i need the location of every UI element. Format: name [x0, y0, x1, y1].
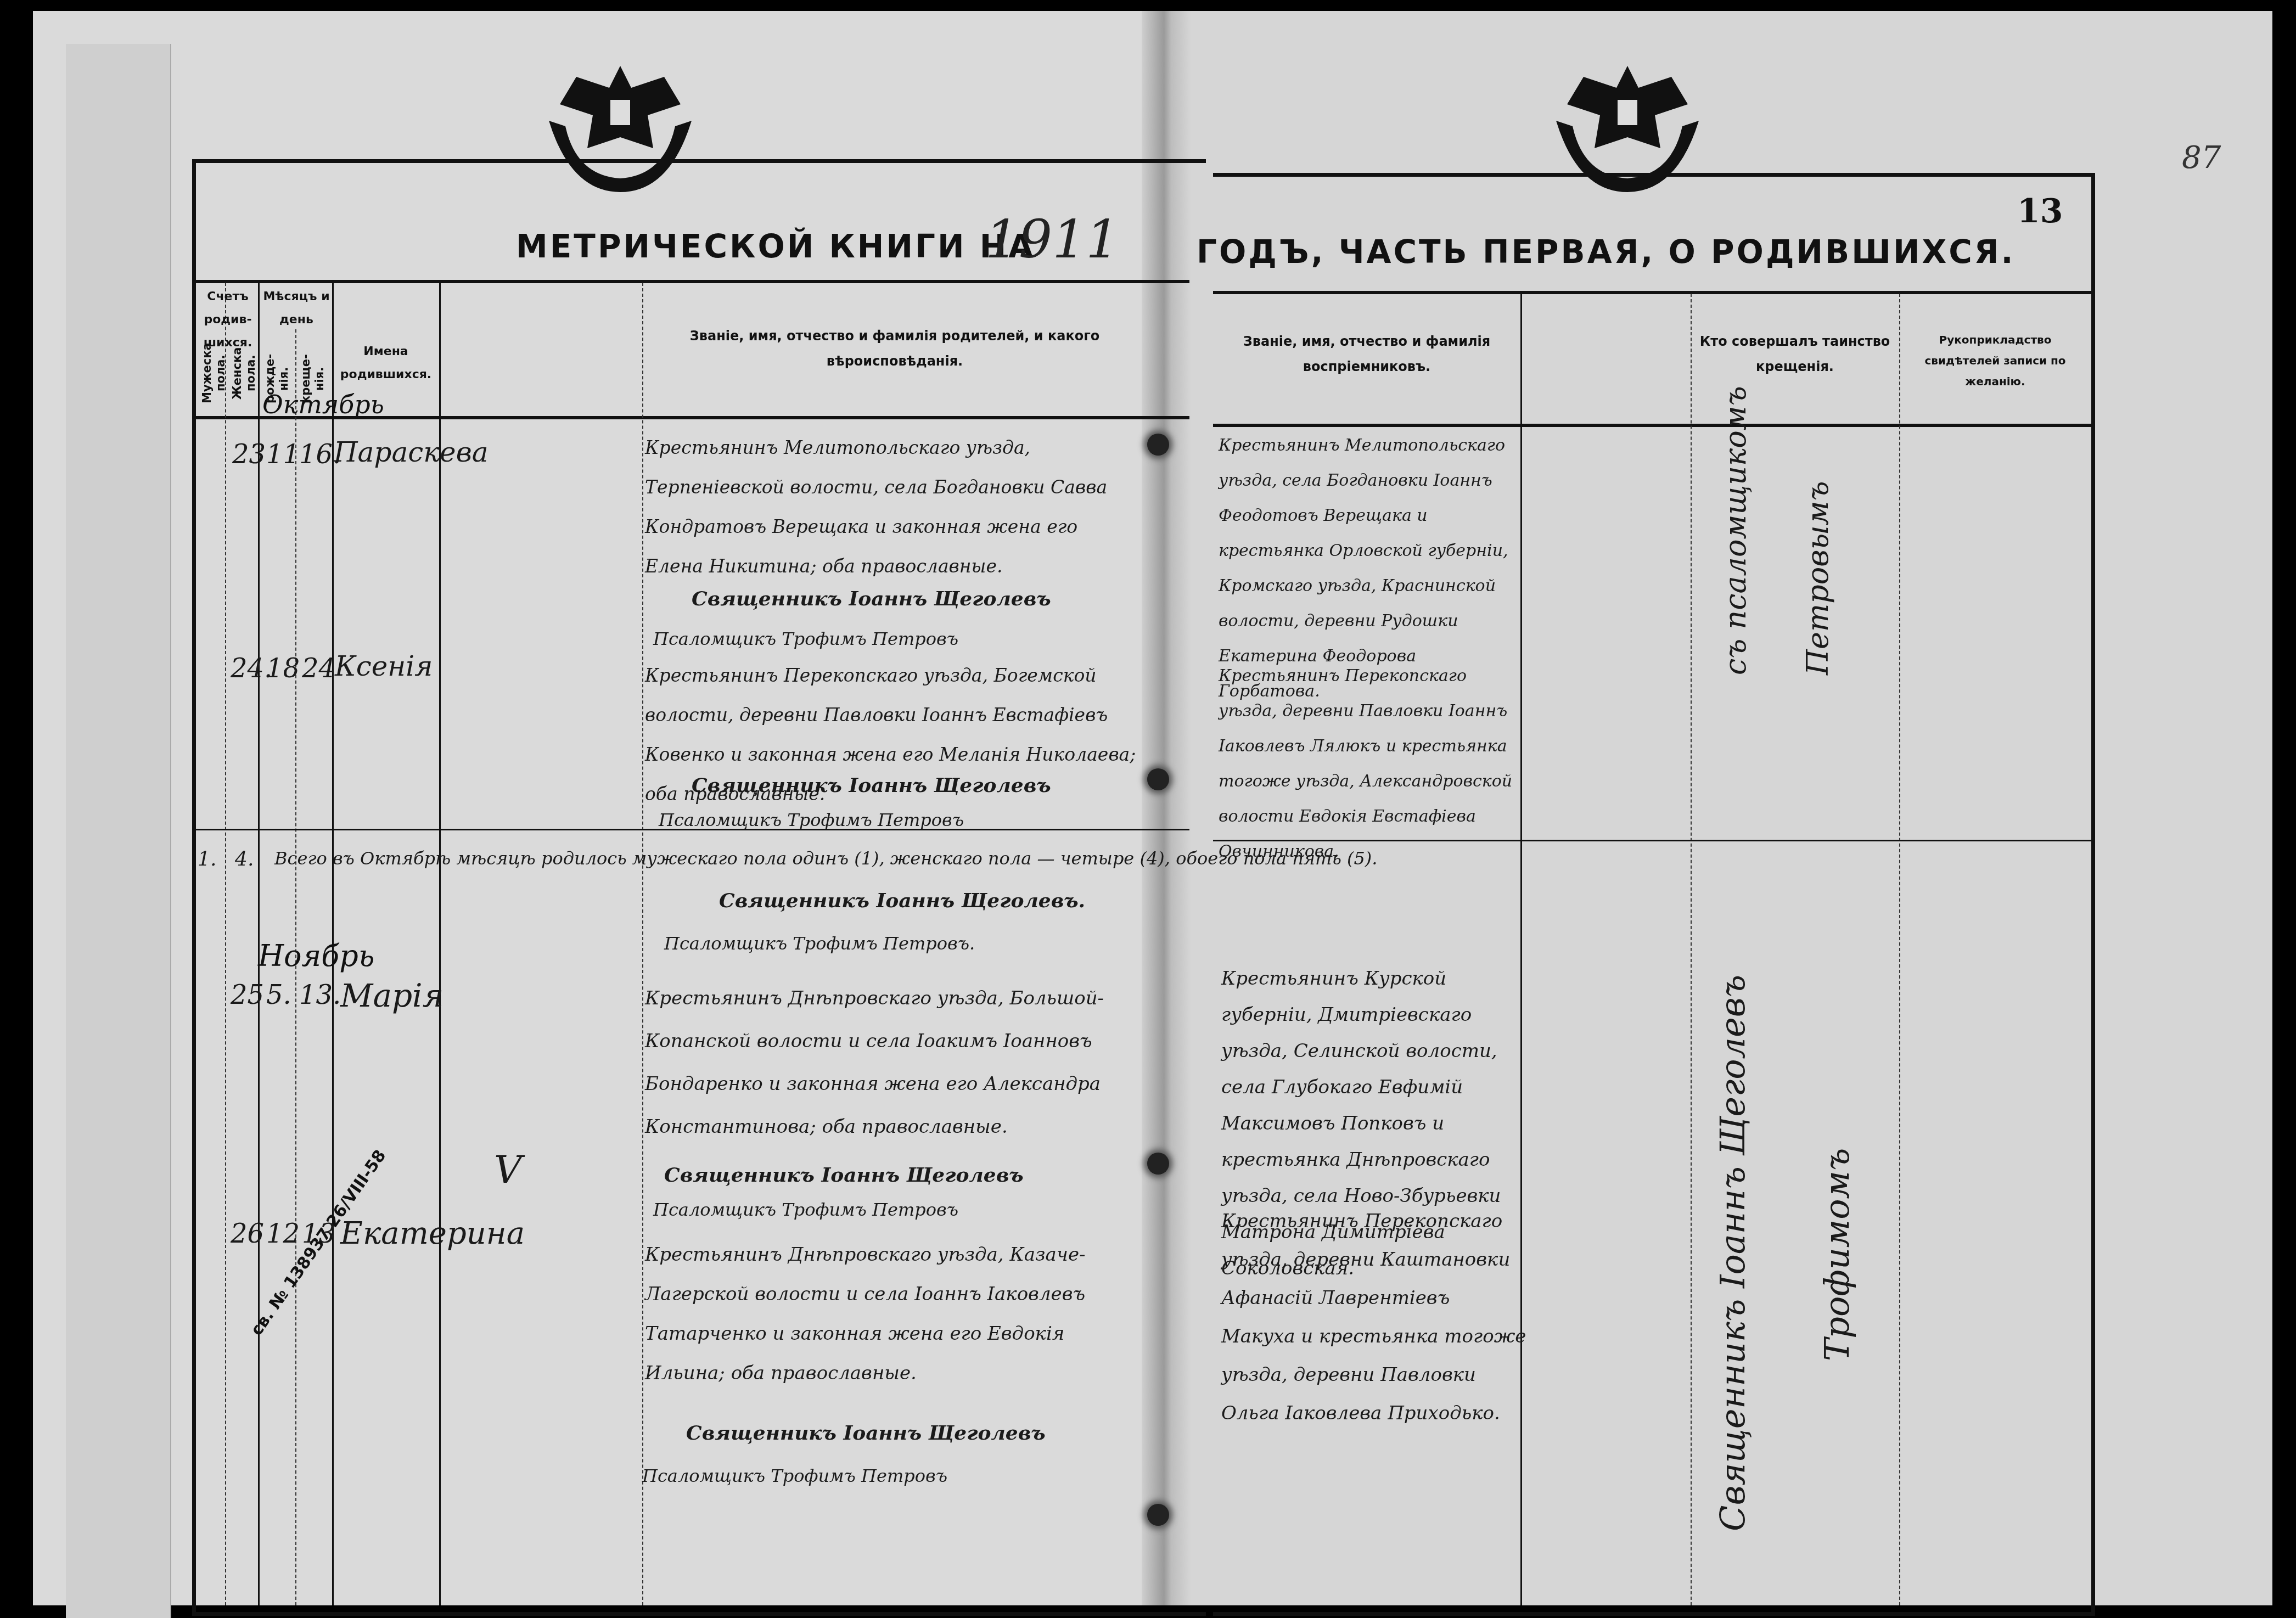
parents-text: Крестьянинъ Мелитопольскаго уѣзда, Терпе… — [645, 428, 1139, 586]
header-male: Мужеска пола. — [200, 335, 222, 412]
psalmist-signature: Псаломщикъ Трофимъ Петровъ — [653, 1199, 958, 1220]
total-female: 4. — [235, 848, 254, 870]
section-rule — [1213, 840, 2091, 841]
psalmist-signature: Псаломщикъ Трофимъ Петровъ. — [664, 933, 975, 954]
register-title-left: МЕТРИЧЕСКОЙ КНИГИ НА — [516, 228, 1035, 265]
binding-hole — [1147, 434, 1169, 456]
performed-by-priest-bottom: Священникъ Іоаннъ Щеголевъ — [1713, 900, 1753, 1531]
header-top-rule — [1213, 291, 2091, 294]
priest-signature: Священникъ Іоаннъ Щеголевъ — [692, 587, 1051, 610]
entry-baptism-day: 24 — [302, 653, 335, 684]
psalmist-signature: Псаломщикъ Трофимъ Петровъ — [642, 1465, 947, 1486]
header-names: Имена родившихся. — [334, 340, 438, 386]
column-divider — [642, 283, 643, 1605]
entry-female-count: 25 — [231, 980, 264, 1010]
register-title-right: ГОДЪ, ЧАСТЬ ПЕРВАЯ, О РОДИВШИХСЯ. — [1197, 233, 2015, 271]
header-top-rule — [196, 280, 1189, 283]
month-label: Ноябрь — [258, 939, 374, 973]
book-spread: МЕТРИЧЕСКОЙ КНИГИ НА 1911 ГОДЪ, ЧАСТЬ ПЕ… — [33, 11, 2272, 1605]
performed-by-name-top: Петровымъ — [1800, 445, 1835, 675]
priest-signature: Священникъ Іоаннъ Щеголевъ — [692, 774, 1051, 797]
child-name: Ксенія — [335, 650, 433, 682]
child-name: Марія — [340, 977, 444, 1014]
header-performed-by: Кто совершалъ таинство крещенія. — [1693, 329, 1896, 379]
total-male: 1. — [198, 848, 216, 870]
archive-folio-number: 87 — [2182, 140, 2221, 176]
psalmist-signature: Псаломщикъ Трофимъ Петровъ — [659, 810, 964, 830]
entry-female-count: 26 — [231, 1218, 264, 1249]
godparents-text: Крестьянинъ Перекопскаго уѣзда, деревни … — [1221, 1202, 1529, 1432]
psalmist-signature: Псаломщикъ Трофимъ Петровъ — [653, 628, 958, 649]
header-godparents: Званіе, имя, отчество и фамилія воспріем… — [1213, 329, 1520, 379]
october-total-text: Всего въ Октябрѣ мѣсяцѣ родилось мужеска… — [274, 848, 2086, 869]
section-rule — [196, 829, 1189, 830]
entry-baptism-day: 13. — [299, 980, 341, 1010]
performed-by-psalmist-top: съ псаломщикомъ — [1718, 445, 1753, 675]
godparents-text: Крестьянинъ Перекопскаго уѣзда, деревни … — [1219, 659, 1515, 869]
month-label: Октябрь — [262, 390, 384, 419]
check-mark: V — [494, 1147, 522, 1192]
binding-hole — [1147, 1153, 1169, 1175]
priest-signature: Священникъ Іоаннъ Щеголевъ — [664, 1164, 1024, 1187]
parents-text: Крестьянинъ Днѣпровскаго уѣзда, Казаче-Л… — [645, 1235, 1139, 1393]
binding-hole — [1147, 1504, 1169, 1526]
imperial-eagle-crest-icon — [1545, 55, 1710, 198]
column-divider — [1899, 294, 1900, 1605]
register-year: 1911 — [985, 209, 1119, 270]
header-female: Женска пола. — [231, 335, 252, 412]
column-divider — [225, 283, 226, 1605]
entry-birth-day: 18 — [266, 653, 300, 684]
parents-text: Крестьянинъ Днѣпровскаго уѣзда, Большой-… — [645, 977, 1139, 1148]
header-month-day: Мѣсяцъ и день — [261, 285, 332, 332]
performed-by-psalmist-bottom: Трофимомъ — [1817, 977, 1857, 1361]
binding-hole — [1147, 768, 1169, 790]
priest-signature: Священникъ Іоаннъ Щеголевъ. — [719, 889, 1085, 912]
header-parents: Званіе, имя, отчество и фамилія родителе… — [645, 324, 1144, 374]
column-divider — [1691, 294, 1692, 1605]
entry-female-count: 23 — [232, 439, 266, 470]
header-bottom-rule — [1213, 424, 2091, 427]
imperial-eagle-crest-icon — [538, 55, 703, 198]
entry-birth-day: 12 — [266, 1218, 300, 1249]
header-witnesses: Рукоприкладство свидѣтелей записи по жел… — [1902, 329, 2089, 392]
child-name: Параскева — [334, 436, 489, 468]
child-name: Екатерина — [340, 1216, 525, 1251]
page-number: 13 — [2017, 192, 2063, 231]
entry-birth-day: 11 — [266, 439, 300, 470]
page-edge-stack — [66, 44, 171, 1618]
entry-birth-day: 5. — [266, 980, 291, 1010]
priest-signature: Священникъ Іоаннъ Щеголевъ — [686, 1422, 1046, 1445]
column-divider — [439, 283, 441, 1605]
